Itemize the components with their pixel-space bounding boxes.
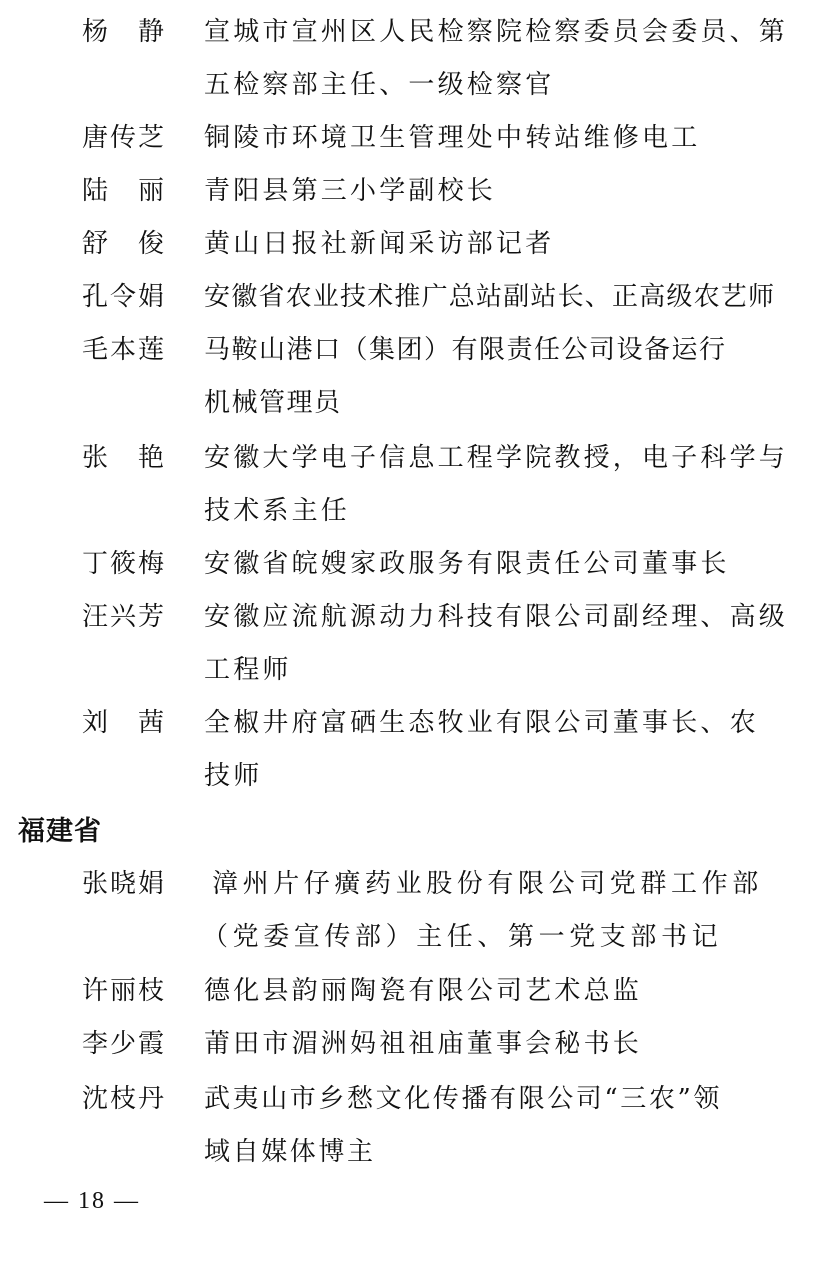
person-title-line: 技术系主任 [204,485,816,538]
person-title: 安徽省皖嫂家政服务有限责任公司董事长 [204,538,816,591]
person-title-line: 武夷山市乡愁文化传播有限公司“三农”领 [204,1073,816,1126]
person-name: 毛本莲 [82,324,182,377]
province-heading: 福建省 [18,805,102,858]
person-title: 宣城市宣州区人民检察院检察委员会委员、第 五检察部主任、一级检察官 [204,6,816,112]
person-title-line: 马鞍山港口（集团）有限责任公司设备运行 [204,324,816,377]
person-title-line: 德化县韵丽陶瓷有限公司艺术总监 [204,965,816,1018]
person-title-line: 安徽省皖嫂家政服务有限责任公司董事长 [204,538,816,591]
person-name: 沈枝丹 [82,1073,182,1126]
person-name: 丁筱梅 [82,538,182,591]
person-title-line: 安徽大学电子信息工程学院教授，电子科学与 [204,432,816,485]
person-title-line: 域自媒体博主 [204,1126,816,1179]
person-title-line: 安徽省农业技术推广总站副站长、正高级农艺师 [204,271,816,324]
person-name: 孔令娟 [82,271,182,324]
person-title-line: （党委宣传部）主任、第一党支部书记 [202,911,816,964]
person-title: 德化县韵丽陶瓷有限公司艺术总监 [204,965,816,1018]
person-title: 安徽大学电子信息工程学院教授，电子科学与 技术系主任 [204,432,816,538]
person-title-line: 技师 [204,750,816,803]
person-title: 安徽省农业技术推广总站副站长、正高级农艺师 [204,271,816,324]
person-name: 唐传芝 [82,112,182,165]
person-title-line: 莆田市湄洲妈祖祖庙董事会秘书长 [204,1018,816,1071]
document-page: 杨 静 宣城市宣州区人民检察院检察委员会委员、第 五检察部主任、一级检察官 唐传… [0,0,828,1280]
person-title: 马鞍山港口（集团）有限责任公司设备运行 机械管理员 [204,324,816,430]
person-name: 张 艳 [82,432,182,485]
person-name: 汪兴芳 [82,591,182,644]
person-title: 全椒井府富硒生态牧业有限公司董事长、农 技师 [204,697,816,803]
person-name: 刘 茜 [82,697,182,750]
person-title-line: 工程师 [204,644,816,697]
person-title-line: 铜陵市环境卫生管理处中转站维修电工 [204,112,816,165]
person-name: 张晓娟 [82,858,182,911]
person-name: 陆 丽 [82,165,182,218]
person-name: 李少霞 [82,1018,182,1071]
person-title-line: 宣城市宣州区人民检察院检察委员会委员、第 [204,6,816,59]
person-title: 黄山日报社新闻采访部记者 [204,218,816,271]
person-title-line: 全椒井府富硒生态牧业有限公司董事长、农 [204,697,816,750]
person-title: 青阳县第三小学副校长 [204,165,816,218]
page-number: — 18 — [44,1183,140,1219]
person-name: 舒 俊 [82,218,182,271]
person-name: 杨 静 [82,6,182,59]
person-title: 安徽应流航源动力科技有限公司副经理、高级 工程师 [204,591,816,697]
person-title-line: 漳州片仔癀药业股份有限公司党群工作部 [212,858,816,911]
person-title: 铜陵市环境卫生管理处中转站维修电工 [204,112,816,165]
person-title: 莆田市湄洲妈祖祖庙董事会秘书长 [204,1018,816,1071]
person-title-line: 青阳县第三小学副校长 [204,165,816,218]
person-title-line: 机械管理员 [204,377,816,430]
person-title: 漳州片仔癀药业股份有限公司党群工作部 （党委宣传部）主任、第一党支部书记 [212,858,816,964]
person-title: 武夷山市乡愁文化传播有限公司“三农”领 域自媒体博主 [204,1073,816,1179]
person-name: 许丽枝 [82,965,182,1018]
person-title-line: 黄山日报社新闻采访部记者 [204,218,816,271]
person-title-line: 五检察部主任、一级检察官 [204,59,816,112]
person-title-line: 安徽应流航源动力科技有限公司副经理、高级 [204,591,816,644]
